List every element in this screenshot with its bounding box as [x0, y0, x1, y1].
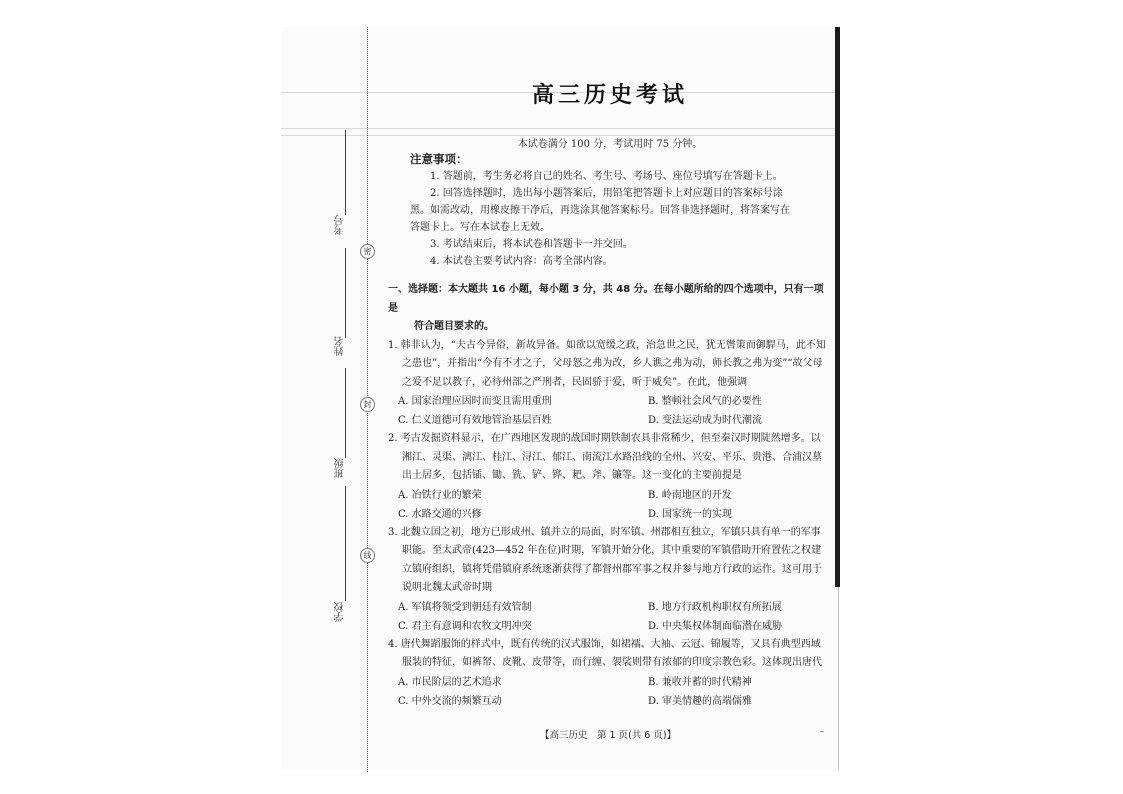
notice-item-cont: 黑。如需改动，用橡皮擦干净后，再选涂其他答案标号。回答非选择题时，将答案写在	[388, 202, 830, 219]
option-c: C. 中外交流的频繁互动	[398, 692, 648, 711]
option-d: D. 国家统一的实现	[648, 505, 840, 524]
question-3: 3. 北魏立国之初，地方已形成州、镇并立的局面，时军镇、州郡相互独立，军镇只具有…	[388, 524, 830, 636]
question-stem: 4. 唐代舞蹈服饰的样式中，既有传统的汉式服饰，如裙襦、大袖、云冠、锦履等，又具…	[388, 636, 830, 673]
field-line-school	[345, 486, 346, 601]
question-options: A. 市民阶层的艺术追求 B. 兼收并蓄的时代精神 C. 中外交流的频繁互动 D…	[388, 673, 830, 711]
notice-item: 3. 考试结束后，将本试卷和答题卡一并交回。	[388, 236, 830, 253]
question-options: A. 军镇将领受到朝廷有效管制 B. 地方行政机构职权有所拓展 C. 君主有意调…	[388, 598, 830, 636]
option-a: A. 市民阶层的艺术追求	[398, 673, 648, 692]
option-a: A. 军镇将领受到朝廷有效管制	[398, 598, 648, 617]
section-heading: 一、选择题：本大题共 16 小题，每小题 3 分，共 48 分。在每小题所给的四…	[388, 281, 830, 337]
question-1: 1. 韩非认为，“夫古今异俗，新故异备。如欲以宽缓之政，治急世之民，犹无辔策而御…	[388, 337, 830, 431]
question-4: 4. 唐代舞蹈服饰的样式中，既有传统的汉式服饰，如裙襦、大袖、云冠、锦履等，又具…	[388, 636, 830, 711]
field-label-class: 班级	[335, 458, 349, 478]
notice-heading: 注意事项：	[388, 150, 830, 168]
notice-item-cont: 答题卡上。写在本试卷上无效。	[388, 219, 830, 236]
notice-item: 4. 本试卷主要考试内容：高考全部内容。	[388, 253, 830, 270]
field-line-name	[345, 248, 346, 338]
option-c: C. 君主有意调和农牧文明冲突	[398, 617, 648, 636]
section-heading-cont: 符合题目要求的。	[388, 318, 830, 337]
option-b: B. 整顿社会风气的必要性	[648, 392, 840, 411]
field-line-exam-number	[345, 130, 346, 215]
question-options: A. 国家治理应因时而变且需用重刑 B. 整顿社会风气的必要性 C. 仁义道德可…	[388, 392, 830, 430]
seal-mi: 密	[360, 244, 375, 259]
option-a: A. 国家治理应因时而变且需用重刑	[398, 392, 648, 411]
exam-content: 注意事项： 1. 答题前，考生务必将自己的姓名、考生号、考场号、座位号填写在答题…	[388, 150, 830, 711]
exam-subtitle: 本试卷满分 100 分，考试用时 75 分钟。	[400, 135, 820, 150]
option-b: B. 地方行政机构职权有所拓展	[648, 598, 840, 617]
option-c: C. 水路交通的兴修	[398, 505, 648, 524]
scan-mark	[820, 731, 824, 732]
option-d: D. 变法运动成为时代潮流	[648, 411, 840, 430]
option-b: B. 兼收并蓄的时代精神	[648, 673, 840, 692]
option-c: C. 仁义道德可有效地管治基层百姓	[398, 411, 648, 430]
exam-title: 高三历史考试	[400, 78, 820, 109]
notice-item: 2. 回答选择题时，选出每小题答案后，用铅笔把答题卡上对应题目的答案标号涂	[388, 185, 830, 202]
question-stem: 1. 韩非认为，“夫古今异俗，新故异备。如欲以宽缓之政，治急世之民，犹无辔策而御…	[388, 337, 830, 393]
section-heading-text: 一、选择题：本大题共 16 小题，每小题 3 分，共 48 分。在每小题所给的四…	[388, 284, 824, 314]
notice-item: 1. 答题前，考生务必将自己的姓名、考生号、考场号、座位号填写在答题卡上。	[388, 168, 830, 185]
option-d: D. 审美情趣的高端儒雅	[648, 692, 840, 711]
option-b: B. 岭南地区的开发	[648, 486, 840, 505]
option-a: A. 冶铁行业的繁荣	[398, 486, 648, 505]
seal-feng: 封	[360, 397, 375, 412]
page-footer: 【高三历史 第 1 页(共 6 页)】	[540, 727, 676, 741]
question-options: A. 冶铁行业的繁荣 B. 岭南地区的开发 C. 水路交通的兴修 D. 国家统一…	[388, 486, 830, 524]
question-stem: 2. 考古发掘资料显示，在广西地区发现的战国时期铁制农具非常稀少，但至秦汉时期陡…	[388, 430, 830, 486]
field-line-class	[345, 368, 346, 458]
field-label-school: 学校	[335, 602, 349, 622]
option-d: D. 中央集权体制面临潜在威胁	[648, 617, 840, 636]
question-stem: 3. 北魏立国之初，地方已形成州、镇并立的局面，时军镇、州郡相互独立，军镇只具有…	[388, 524, 830, 598]
question-2: 2. 考古发掘资料显示，在广西地区发现的战国时期铁制农具非常稀少，但至秦汉时期陡…	[388, 430, 830, 524]
field-label-exam-number: 考号	[335, 215, 349, 235]
scan-line	[281, 128, 835, 129]
seal-xian: 线	[360, 548, 375, 563]
field-label-name: 姓名	[335, 336, 349, 356]
